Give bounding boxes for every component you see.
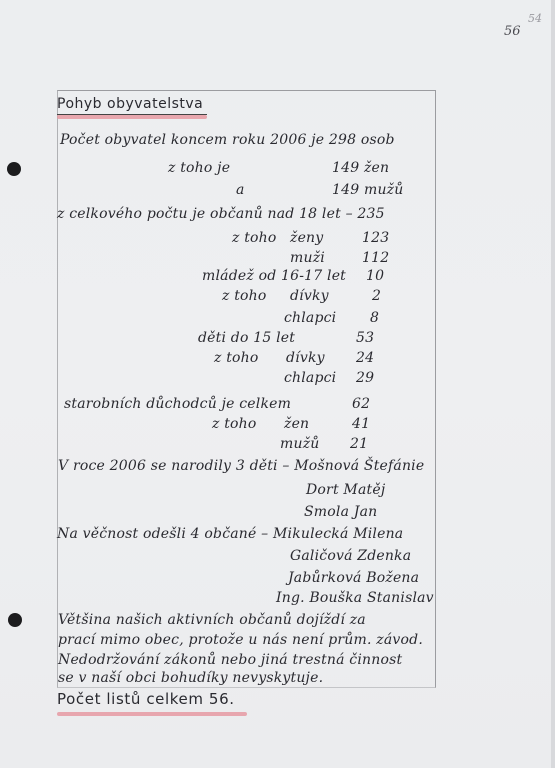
children-of-which: z toho [214,350,259,366]
women-total: 149 žen [332,160,389,176]
children-label: děti do 15 let [198,330,295,346]
pensioners-label: starobních důchodců je celkem [64,396,291,412]
men-total: 149 mužů [332,182,403,198]
commute-line-4: se v naší obci bohudíky nevyskytuje. [58,670,323,686]
and-label: a [236,182,245,198]
youth-boys-label: chlapci [284,310,336,326]
old-page-number: 54 [528,12,542,25]
pensioners-value: 62 [352,396,370,412]
death-3: Jabůrková Božena [288,570,419,586]
adults-men-label: muži [290,250,325,266]
children-boys-value: 29 [356,370,374,386]
heading-highlight [57,115,207,119]
commute-line-2: prací mimo obec, protože u nás není prům… [58,632,423,648]
adults-men-value: 112 [362,250,389,266]
deaths-line: Na věčnost odešli 4 občané – Mikulecká M… [57,526,403,542]
pensioners-women-value: 41 [352,416,370,432]
commute-line-1: Většina našich aktivních občanů dojíždí … [58,612,366,628]
youth-label: mládež od 16-17 let [202,268,346,284]
birth-3: Smola Jan [304,504,377,520]
page-number: 56 [504,24,521,39]
birth-2: Dort Matěj [306,482,385,498]
youth-of-which: z toho [222,288,267,304]
adults-line: z celkového počtu je občanů nad 18 let –… [57,206,385,222]
children-boys-label: chlapci [284,370,336,386]
total-population-line: Počet obyvatel koncem roku 2006 je 298 o… [60,132,395,148]
youth-boys-value: 8 [370,310,379,326]
children-girls-label: dívky [286,350,325,366]
document-page: 54 56 Pohyb obyvatelstva Počet obyvatel … [0,0,555,768]
sheet-count-footer: Počet listů celkem 56. [57,690,235,708]
pensioners-men-value: 21 [350,436,368,452]
children-girls-value: 24 [356,350,374,366]
youth-value: 10 [366,268,384,284]
commute-line-3: Nedodržování zákonů nebo jiná trestná či… [58,652,402,668]
births-line: V roce 2006 se narodily 3 děti – Mošnová… [58,458,424,474]
adults-of-which: z toho [232,230,277,246]
punch-hole-bottom [8,613,22,627]
pensioners-of-which: z toho [212,416,257,432]
death-4: Ing. Bouška Stanislav [276,590,434,606]
youth-girls-value: 2 [372,288,381,304]
adults-women-label: ženy [290,230,323,246]
punch-hole-top [7,162,21,176]
adults-women-value: 123 [362,230,389,246]
pensioners-women-label: žen [284,416,309,432]
pensioners-men-label: mužů [280,436,320,452]
death-2: Galičová Zdenka [290,548,411,564]
youth-girls-label: dívky [290,288,329,304]
page-edge [551,0,555,768]
footer-highlight [57,712,247,716]
children-value: 53 [356,330,374,346]
page-heading: Pohyb obyvatelstva [57,96,203,112]
of-which-label: z toho je [168,160,230,176]
